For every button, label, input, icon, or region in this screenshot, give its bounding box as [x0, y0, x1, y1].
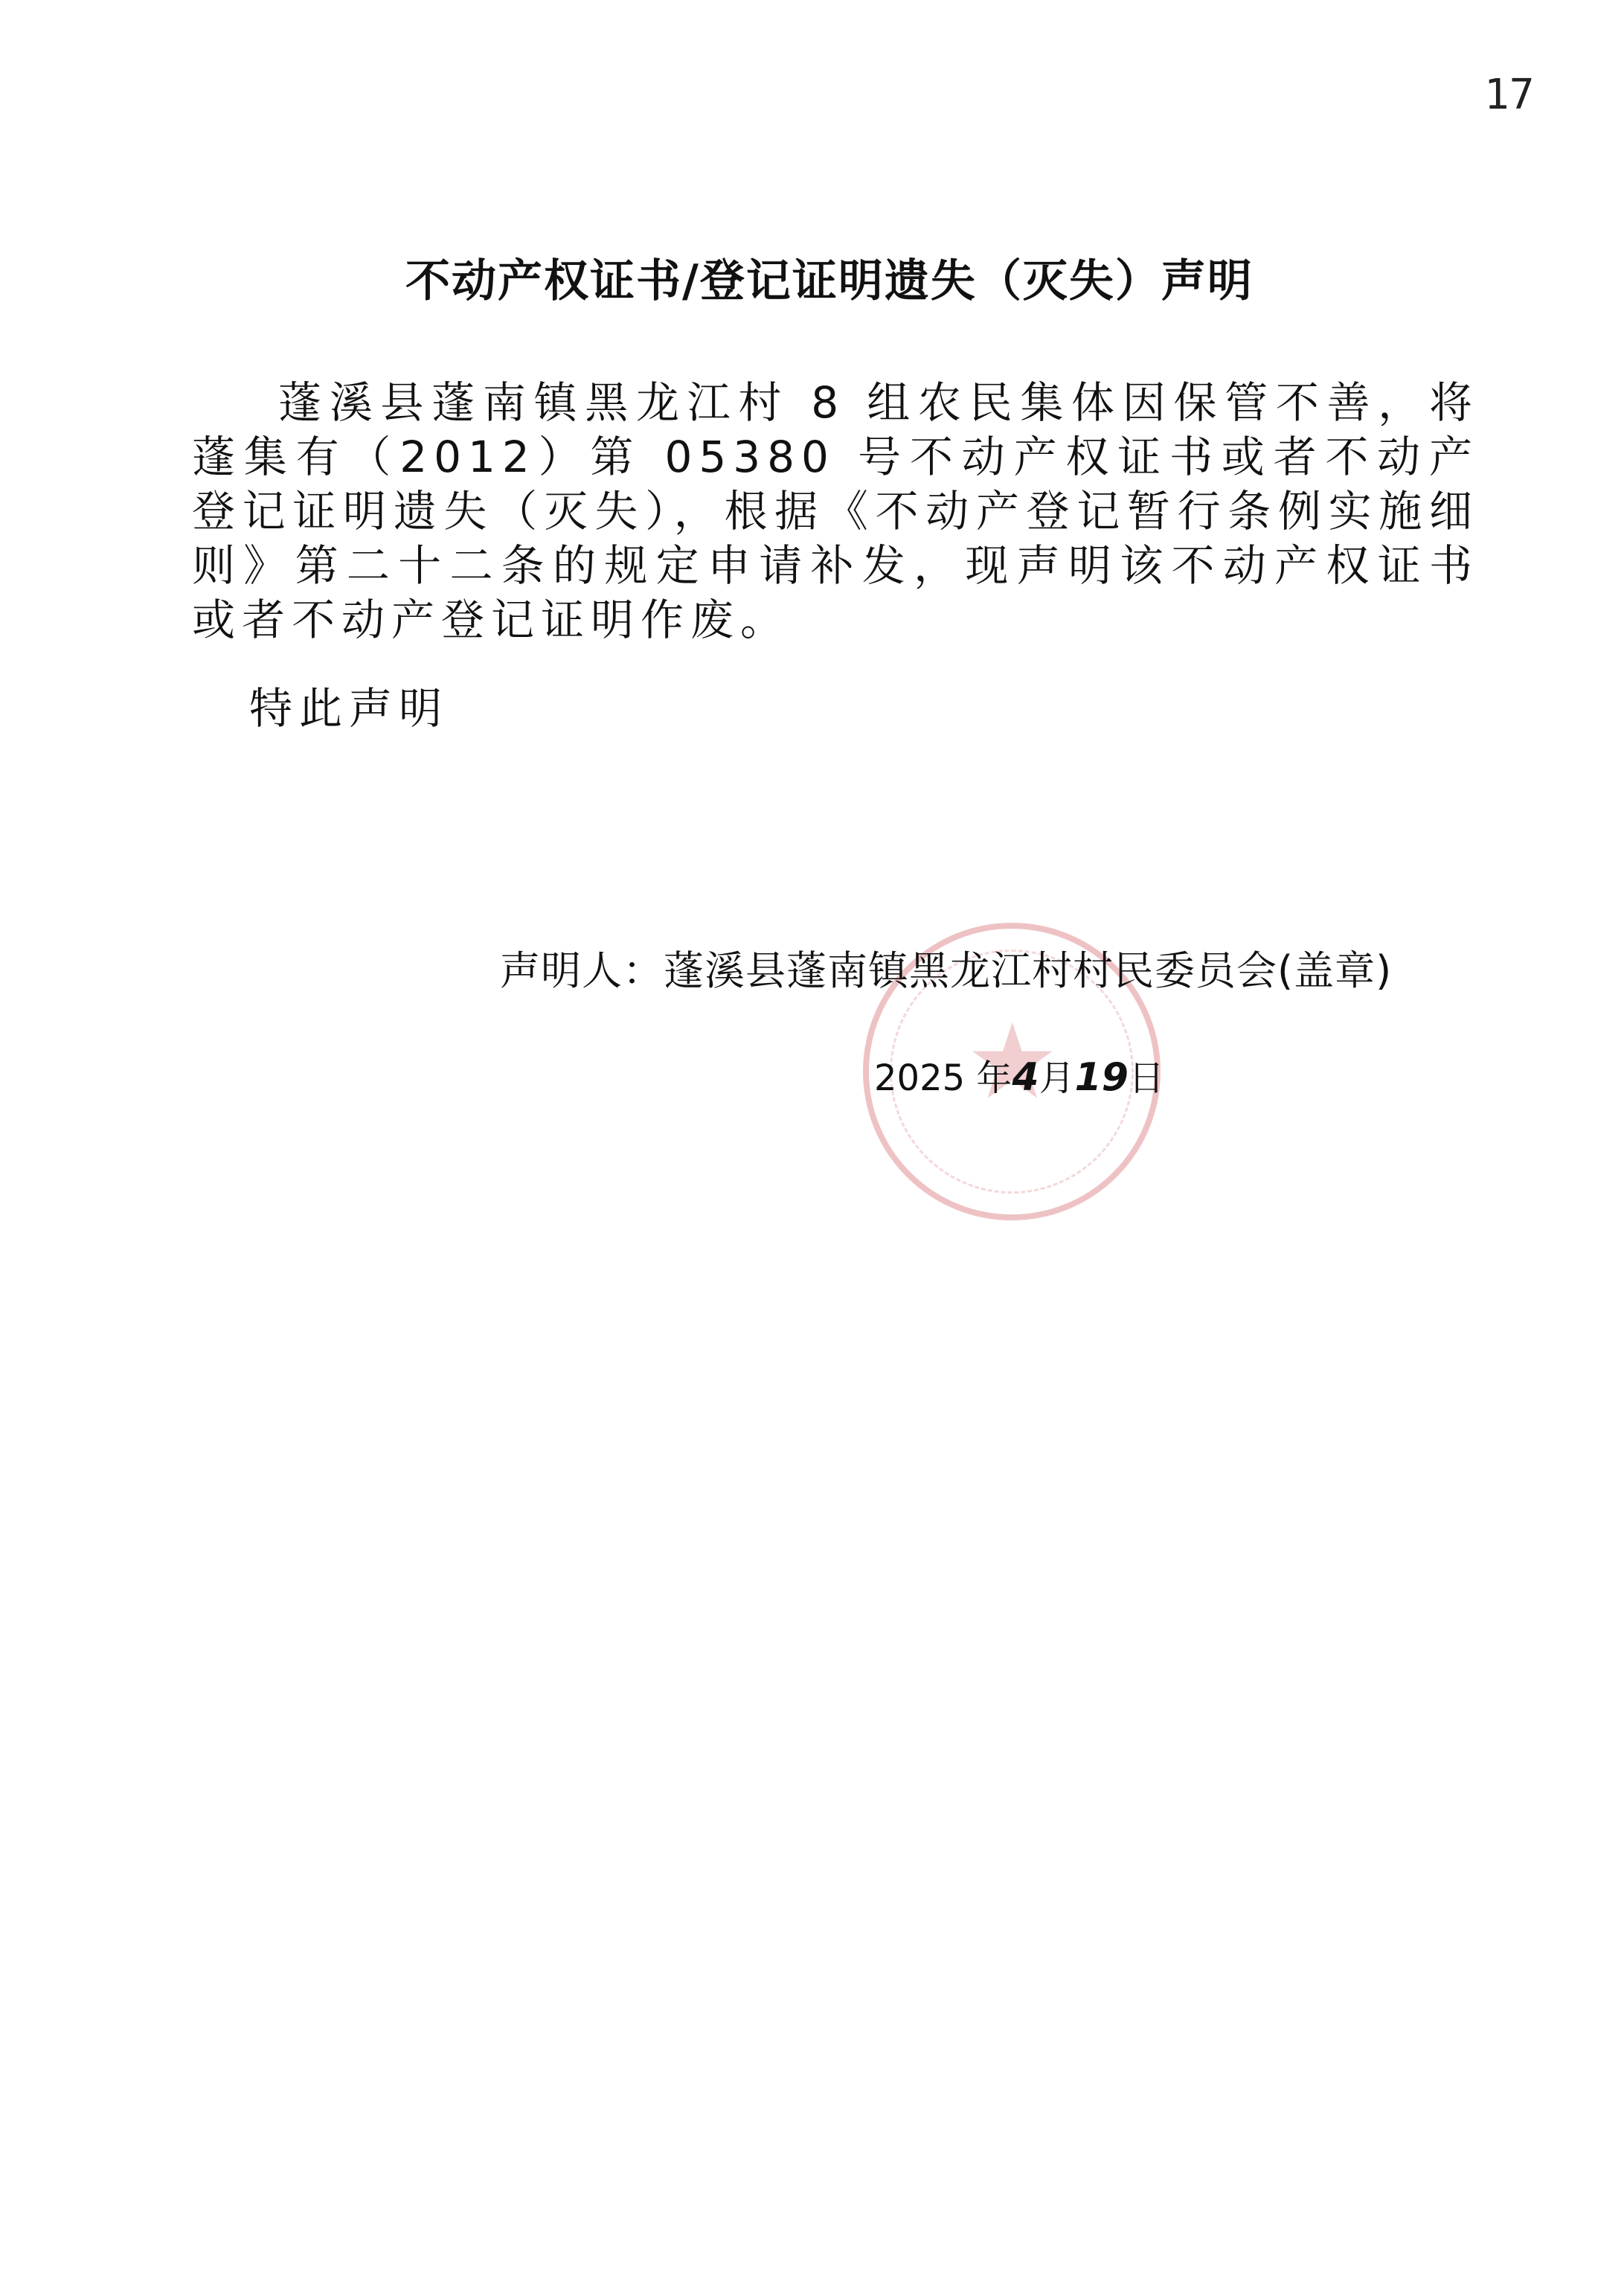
date-year: 2025 [874, 1057, 965, 1099]
statement-body: 蓬溪县蓬南镇黑龙江村 8 组农民集体因保管不善，将蓬集有（2012）第 0538… [192, 376, 1479, 647]
declarant-label: 声明人： [500, 947, 664, 994]
page-number: 17 [1484, 71, 1534, 119]
date-year-unit: 年 [965, 1057, 1012, 1099]
declaration-date: 2025 年4月19日 [874, 1049, 1164, 1101]
document-title: 不动产权证书/登记证明遗失（灭失）声明 [405, 246, 1335, 310]
seal-note: (盖章) [1277, 947, 1392, 994]
date-month-handwritten: 4 [1012, 1055, 1039, 1100]
closing-line: 特此声明 [249, 673, 449, 736]
date-day-unit: 日 [1129, 1057, 1164, 1099]
statement-paragraph: 蓬溪县蓬南镇黑龙江村 8 组农民集体因保管不善，将蓬集有（2012）第 0538… [192, 376, 1479, 647]
date-day-handwritten: 19 [1075, 1055, 1129, 1100]
date-month-unit: 月 [1039, 1057, 1075, 1099]
signature-line: 声明人：蓬溪县蓬南镇黑龙江村村民委员会(盖章) [500, 939, 1392, 996]
declarant-name: 蓬溪县蓬南镇黑龙江村村民委员会 [664, 947, 1277, 994]
